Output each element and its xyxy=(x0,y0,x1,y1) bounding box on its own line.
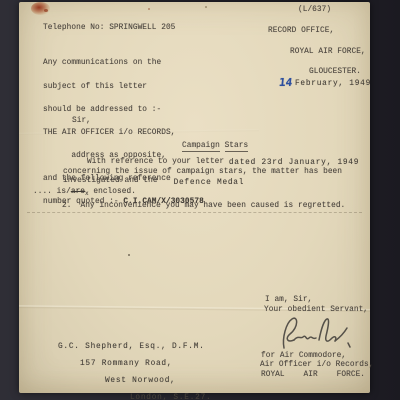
ink-stain-dot xyxy=(44,9,48,12)
typed-date: February, 1949 xyxy=(295,80,400,88)
margin-dots: .... xyxy=(33,188,52,196)
office-line-record-office: RECORD OFFICE, xyxy=(268,27,334,35)
paper-speck xyxy=(205,6,207,8)
para1-line3: investigated and theDefence Medal xyxy=(63,177,244,185)
struck-word: are xyxy=(71,188,85,196)
office-line-royal-air-force: ROYAL AIR FORCE, xyxy=(290,48,366,56)
para2-number: 2. xyxy=(62,202,71,210)
para1-line4-post: enclosed. xyxy=(89,188,136,196)
handwritten-date-day: 14 xyxy=(278,76,293,89)
telephone-line: Telephone No: SPRINGWELL 205 xyxy=(43,24,175,32)
salutation: Sir, xyxy=(72,117,91,125)
recipient-address3: London, S.E.27. xyxy=(130,394,400,400)
inserted-medal-name: Defence Medal xyxy=(174,179,245,187)
para2: 2.Any inconvenience you may have been ca… xyxy=(62,202,345,210)
para1-line2: concerning the issue of campaign stars, … xyxy=(63,168,342,176)
strike-overtype-x: x xyxy=(85,190,89,197)
office-line-gloucester: GLOUCESTER. xyxy=(309,68,361,76)
para2-text: Any inconvenience you may have been caus… xyxy=(80,202,345,210)
para1-line4-pre: is/ xyxy=(52,188,71,196)
subject-word: Campaign xyxy=(182,142,220,152)
closing-line1: I am, Sir, xyxy=(265,296,312,304)
letter-page: (L/637) Telephone No: SPRINGWELL 205 Any… xyxy=(19,2,370,393)
instruction-line: THE AIR OFFICER i/o RECORDS, xyxy=(43,130,204,138)
scan-background: (L/637) Telephone No: SPRINGWELL 205 Any… xyxy=(0,0,400,400)
paper-speck xyxy=(128,254,130,256)
signed-for-line: for Air Commodore, xyxy=(261,352,346,360)
para1-line1: With reference to your letter dated 23rd… xyxy=(87,158,359,166)
subject-heading: Campaign Stars xyxy=(182,142,248,150)
instruction-line: Any communications on the xyxy=(43,60,204,68)
instruction-line: subject of this letter xyxy=(43,84,204,92)
recipient-address1: 157 Rommany Road, xyxy=(80,360,400,368)
para1-line1-text: With reference to your letter xyxy=(87,158,229,166)
subject-word: Stars xyxy=(225,142,249,152)
instruction-line: should be addressed to :- xyxy=(43,107,204,115)
recipient-address2: West Norwood, xyxy=(105,377,400,385)
file-reference: (L/637) xyxy=(298,6,331,14)
para1-line3-text: investigated and the xyxy=(63,177,158,185)
para1-line4: .... is/arex enclosed. xyxy=(33,188,136,196)
inserted-letter-date: dated 23rd January, 1949 xyxy=(229,159,359,167)
recipient-name: G.C. Shepherd, Esq., D.F.M. xyxy=(58,343,400,351)
paper-speck xyxy=(148,8,150,10)
